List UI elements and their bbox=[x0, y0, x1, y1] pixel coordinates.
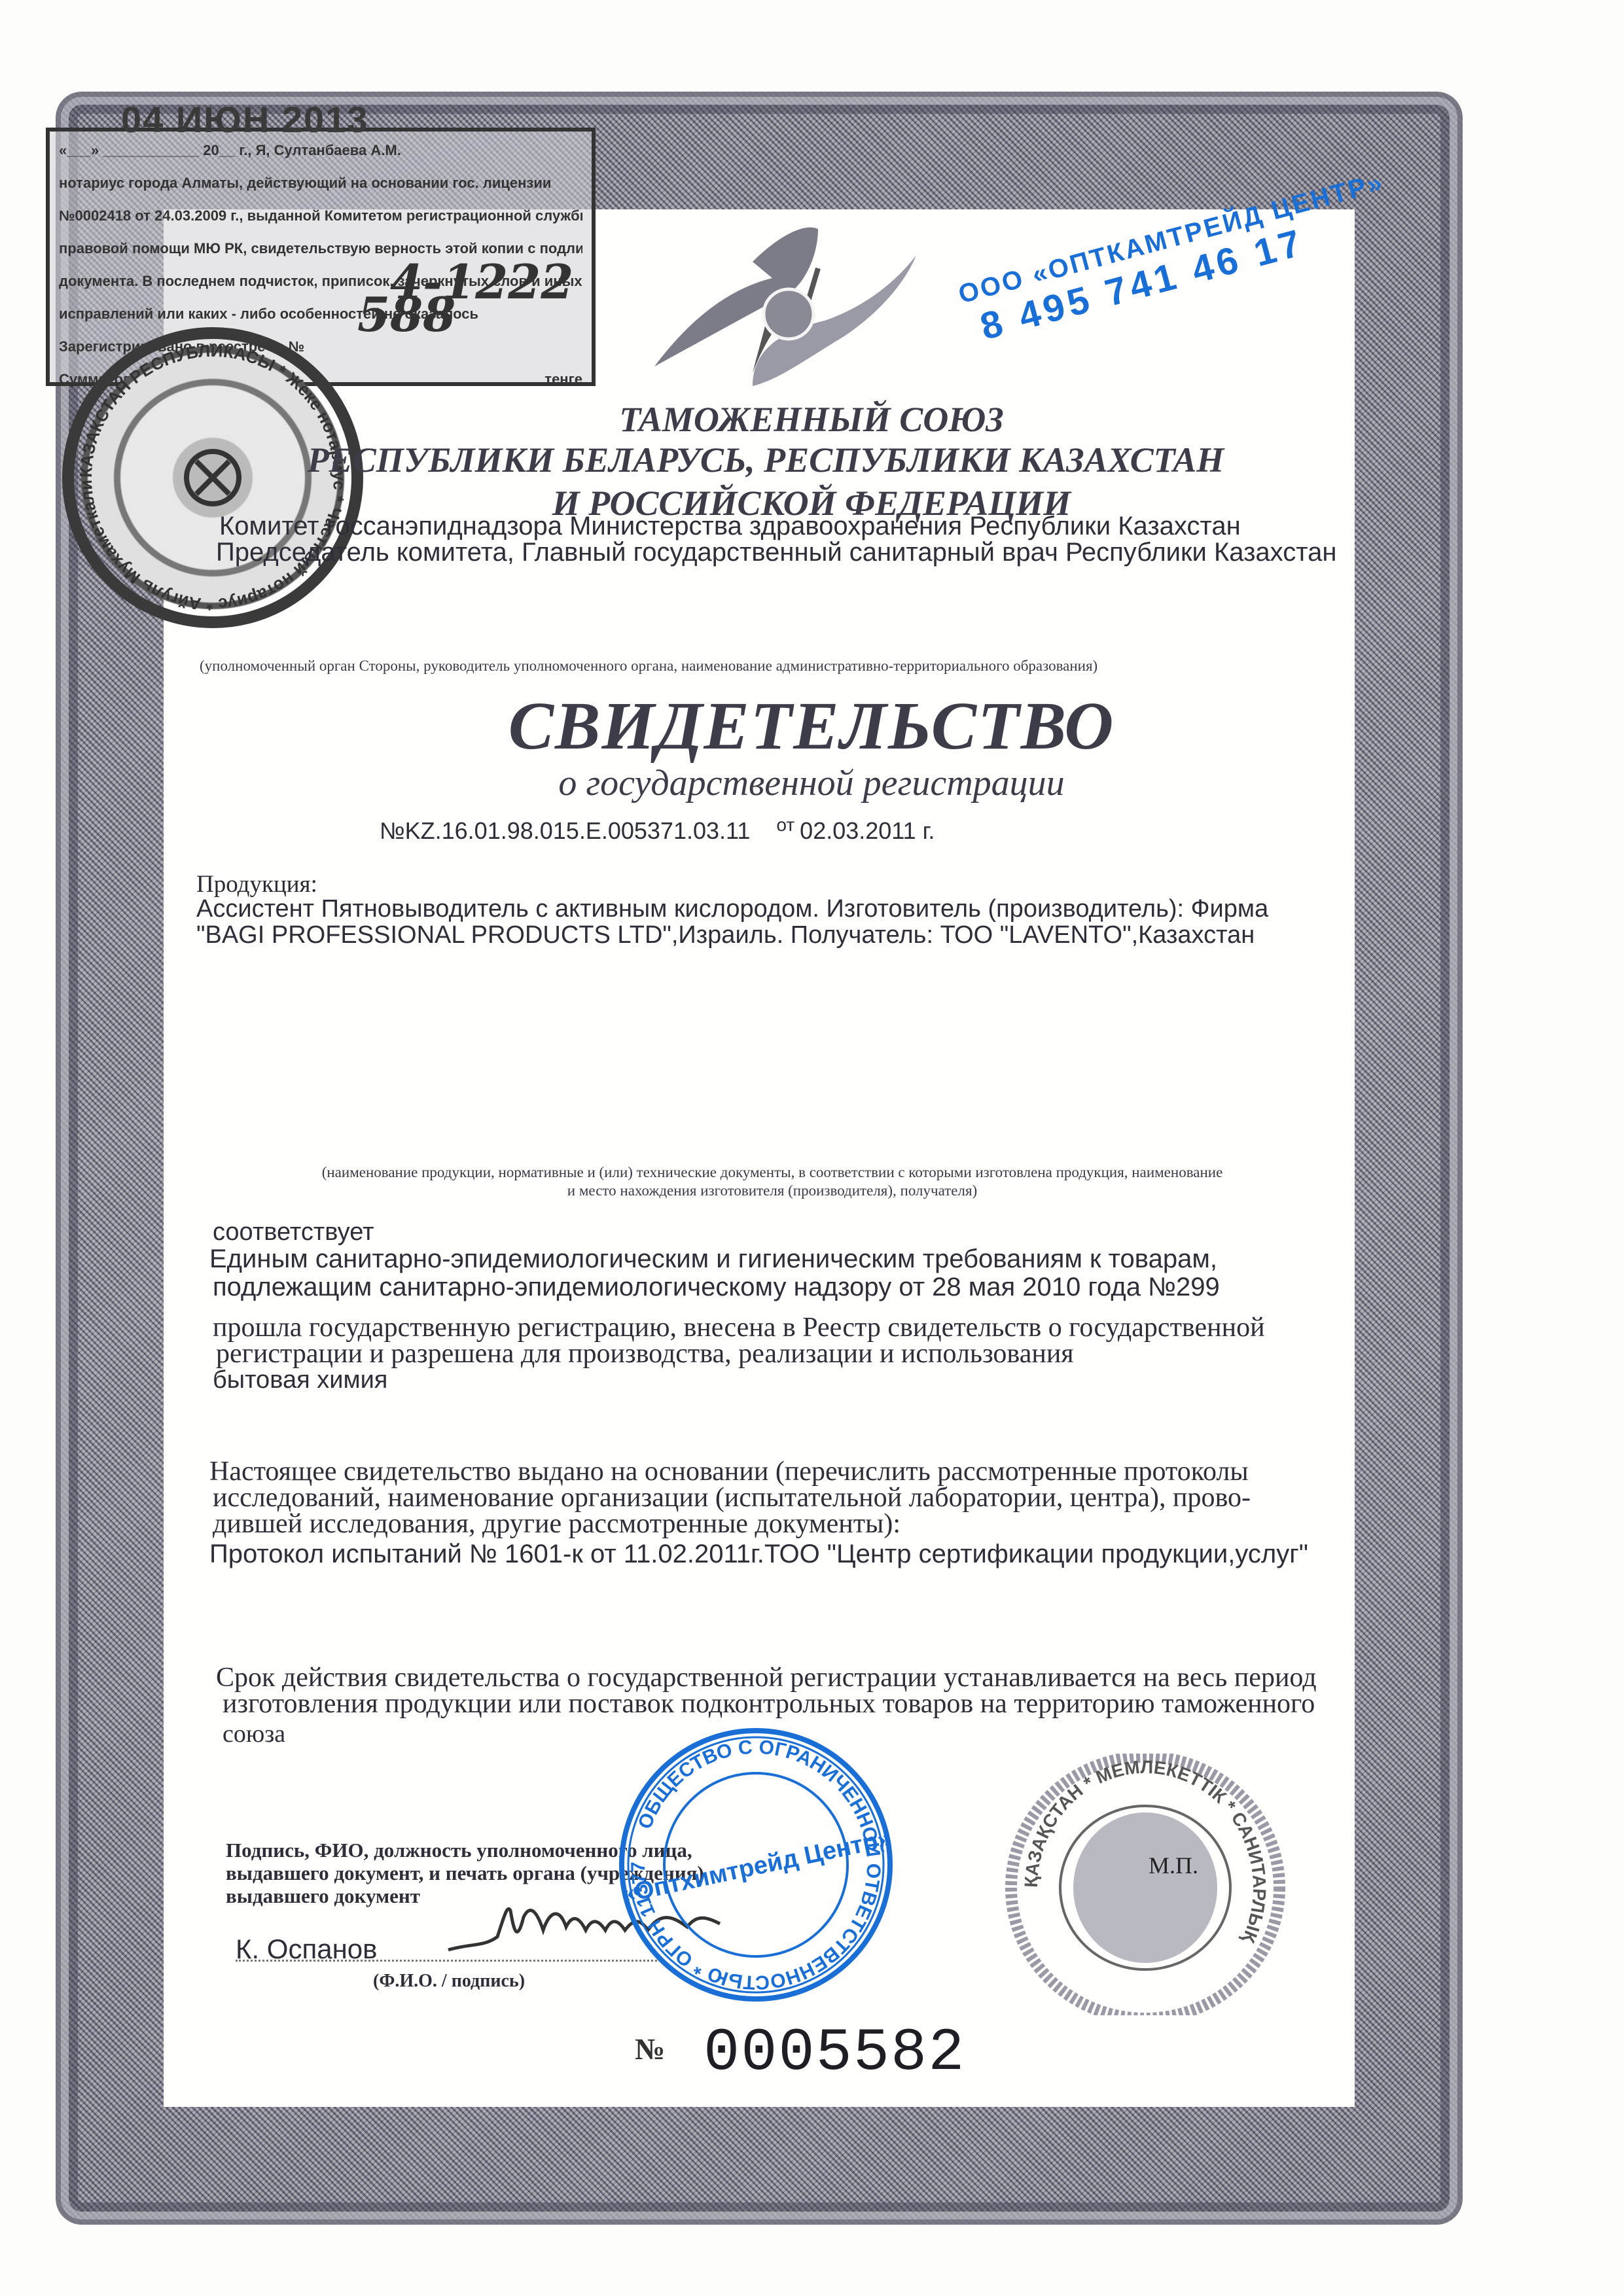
conformity-line1: Единым санитарно-эпидемиологическим и ги… bbox=[209, 1245, 1217, 1274]
authority-caption: (уполномоченный орган Стороны, руководит… bbox=[200, 658, 1097, 675]
handwritten-sum: 588 bbox=[357, 298, 455, 331]
certificate-subtitle: о государственной регистрации bbox=[0, 762, 1623, 804]
government-seal: ҚАЗАҚСТАН * МЕМЛЕКЕТТІК * САНИТАРЛЫҚ bbox=[982, 1754, 1309, 2015]
notary-line: нотариус города Алматы, действующий на о… bbox=[59, 167, 582, 200]
conformity-line2: подлежащим санитарно-эпидемиологическому… bbox=[213, 1273, 1220, 1302]
authority-line1: Комитет госсанэпиднадзора Министерства з… bbox=[219, 512, 1241, 541]
certificate-date: 02.03.2011 г. bbox=[800, 817, 935, 844]
certificate-number: KZ.16.01.98.015.E.005371.03.11 bbox=[405, 817, 751, 844]
company-round-seal: ОБЩЕСТВО С ОГРАНИЧЕННОЙ ОТВЕТСТВЕННОСТЬЮ… bbox=[615, 1727, 897, 2002]
currency-label: тенге bbox=[544, 363, 582, 396]
product-line1: Ассистент Пятновыводитель с активным кис… bbox=[196, 895, 1268, 923]
registration-number: №KZ.16.01.98.015.E.005371.03.11от02.03.2… bbox=[380, 815, 935, 845]
conformity-label: соответствует bbox=[213, 1218, 374, 1246]
union-title-line1: ТАМОЖЕННЫЙ СОЮЗ bbox=[0, 399, 1623, 440]
customs-union-logo-icon bbox=[654, 216, 929, 393]
validity-line2: изготовления продукции или поставок подк… bbox=[223, 1688, 1315, 1720]
signature-caption-line3: выдавшего документ bbox=[226, 1884, 420, 1908]
validity-line3: союза bbox=[223, 1720, 285, 1748]
product-line2: "BAGI PROFESSIONAL PRODUCTS LTD",Израиль… bbox=[196, 921, 1255, 949]
authority-line2: Председатель комитета, Главный государст… bbox=[216, 538, 1336, 567]
product-caption: (наименование продукции, нормативные и (… bbox=[216, 1163, 1329, 1200]
notary-date-stamp: 04 ИЮН 2013 bbox=[121, 98, 368, 141]
name-signature-caption: (Ф.И.О. / подпись) bbox=[373, 1971, 525, 1992]
svg-text:«Оптхимтрейд Центр»: «Оптхимтрейд Центр» bbox=[618, 1825, 894, 1909]
serial-number-label: № bbox=[635, 2032, 665, 2066]
seal-place-label: М.П. bbox=[1149, 1852, 1198, 1879]
registration-line2: регистрации и разрешена для производства… bbox=[216, 1338, 1074, 1369]
serial-number: 0005582 bbox=[704, 2019, 965, 2087]
test-protocol: Протокол испытаний № 1601-к от 11.02.201… bbox=[209, 1540, 1308, 1569]
notary-line: №0002418 от 24.03.2009 г., выданной Коми… bbox=[59, 200, 582, 232]
union-title-line2: РЕСПУБЛИКИ БЕЛАРУСЬ, РЕСПУБЛИКИ КАЗАХСТА… bbox=[275, 440, 1257, 480]
certificate-title: СВИДЕТЕЛЬСТВО bbox=[0, 687, 1623, 765]
product-category: бытовая химия bbox=[213, 1366, 387, 1394]
product-label: Продукция: bbox=[196, 870, 317, 898]
basis-line3: дившей исследования, другие рассмотренны… bbox=[213, 1508, 901, 1540]
